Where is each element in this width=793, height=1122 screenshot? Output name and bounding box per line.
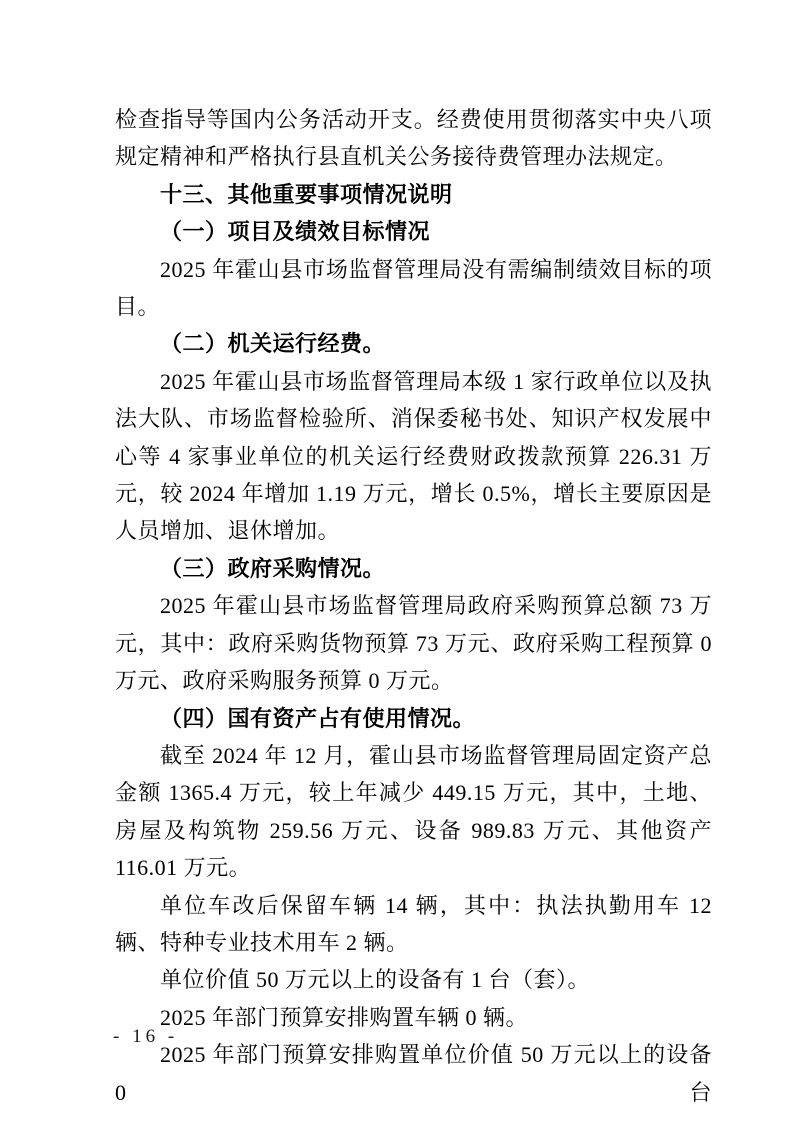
paragraph: 单位价值 50 万元以上的设备有 1 台（套）。 <box>115 961 712 998</box>
subsection-heading-3: （三）政府采购情况。 <box>115 550 712 587</box>
paragraph: 截至 2024 年 12 月，霍山县市场监督管理局固定资产总金额 1365.4 … <box>115 737 712 887</box>
paragraph-overflow: 2025 年部门预算安排购置单位价值 50 万元以上的设备 0 台 <box>115 1036 712 1111</box>
paragraph: 2025 年霍山县市场监督管理局本级 1 家行政单位以及执法大队、市场监督检验所… <box>115 363 712 550</box>
subsection-heading-2: （二）机关运行经费。 <box>115 325 712 362</box>
page-number: - 16 - <box>113 1026 178 1048</box>
paragraph-continued: 检查指导等国内公务活动开支。经费使用贯彻落实中央八项规定精神和严格执行县直机关公… <box>115 101 712 176</box>
subsection-heading-4: （四）国有资产占有使用情况。 <box>115 700 712 737</box>
paragraph: 单位车改后保留车辆 14 辆，其中：执法执勤用车 12 辆、特种专业技术用车 2… <box>115 887 712 962</box>
subsection-heading-1: （一）项目及绩效目标情况 <box>115 213 712 250</box>
document-page: 检查指导等国内公务活动开支。经费使用贯彻落实中央八项规定精神和严格执行县直机关公… <box>0 0 793 1122</box>
paragraph: 2025 年部门预算安排购置车辆 0 辆。 <box>115 999 712 1036</box>
paragraph: 2025 年霍山县市场监督管理局没有需编制绩效目标的项目。 <box>115 251 712 326</box>
section-heading-13: 十三、其他重要事项情况说明 <box>115 176 712 213</box>
paragraph: 2025 年霍山县市场监督管理局政府采购预算总额 73 万元，其中：政府采购货物… <box>115 587 712 699</box>
document-body: 检查指导等国内公务活动开支。经费使用贯彻落实中央八项规定精神和严格执行县直机关公… <box>115 101 712 1111</box>
